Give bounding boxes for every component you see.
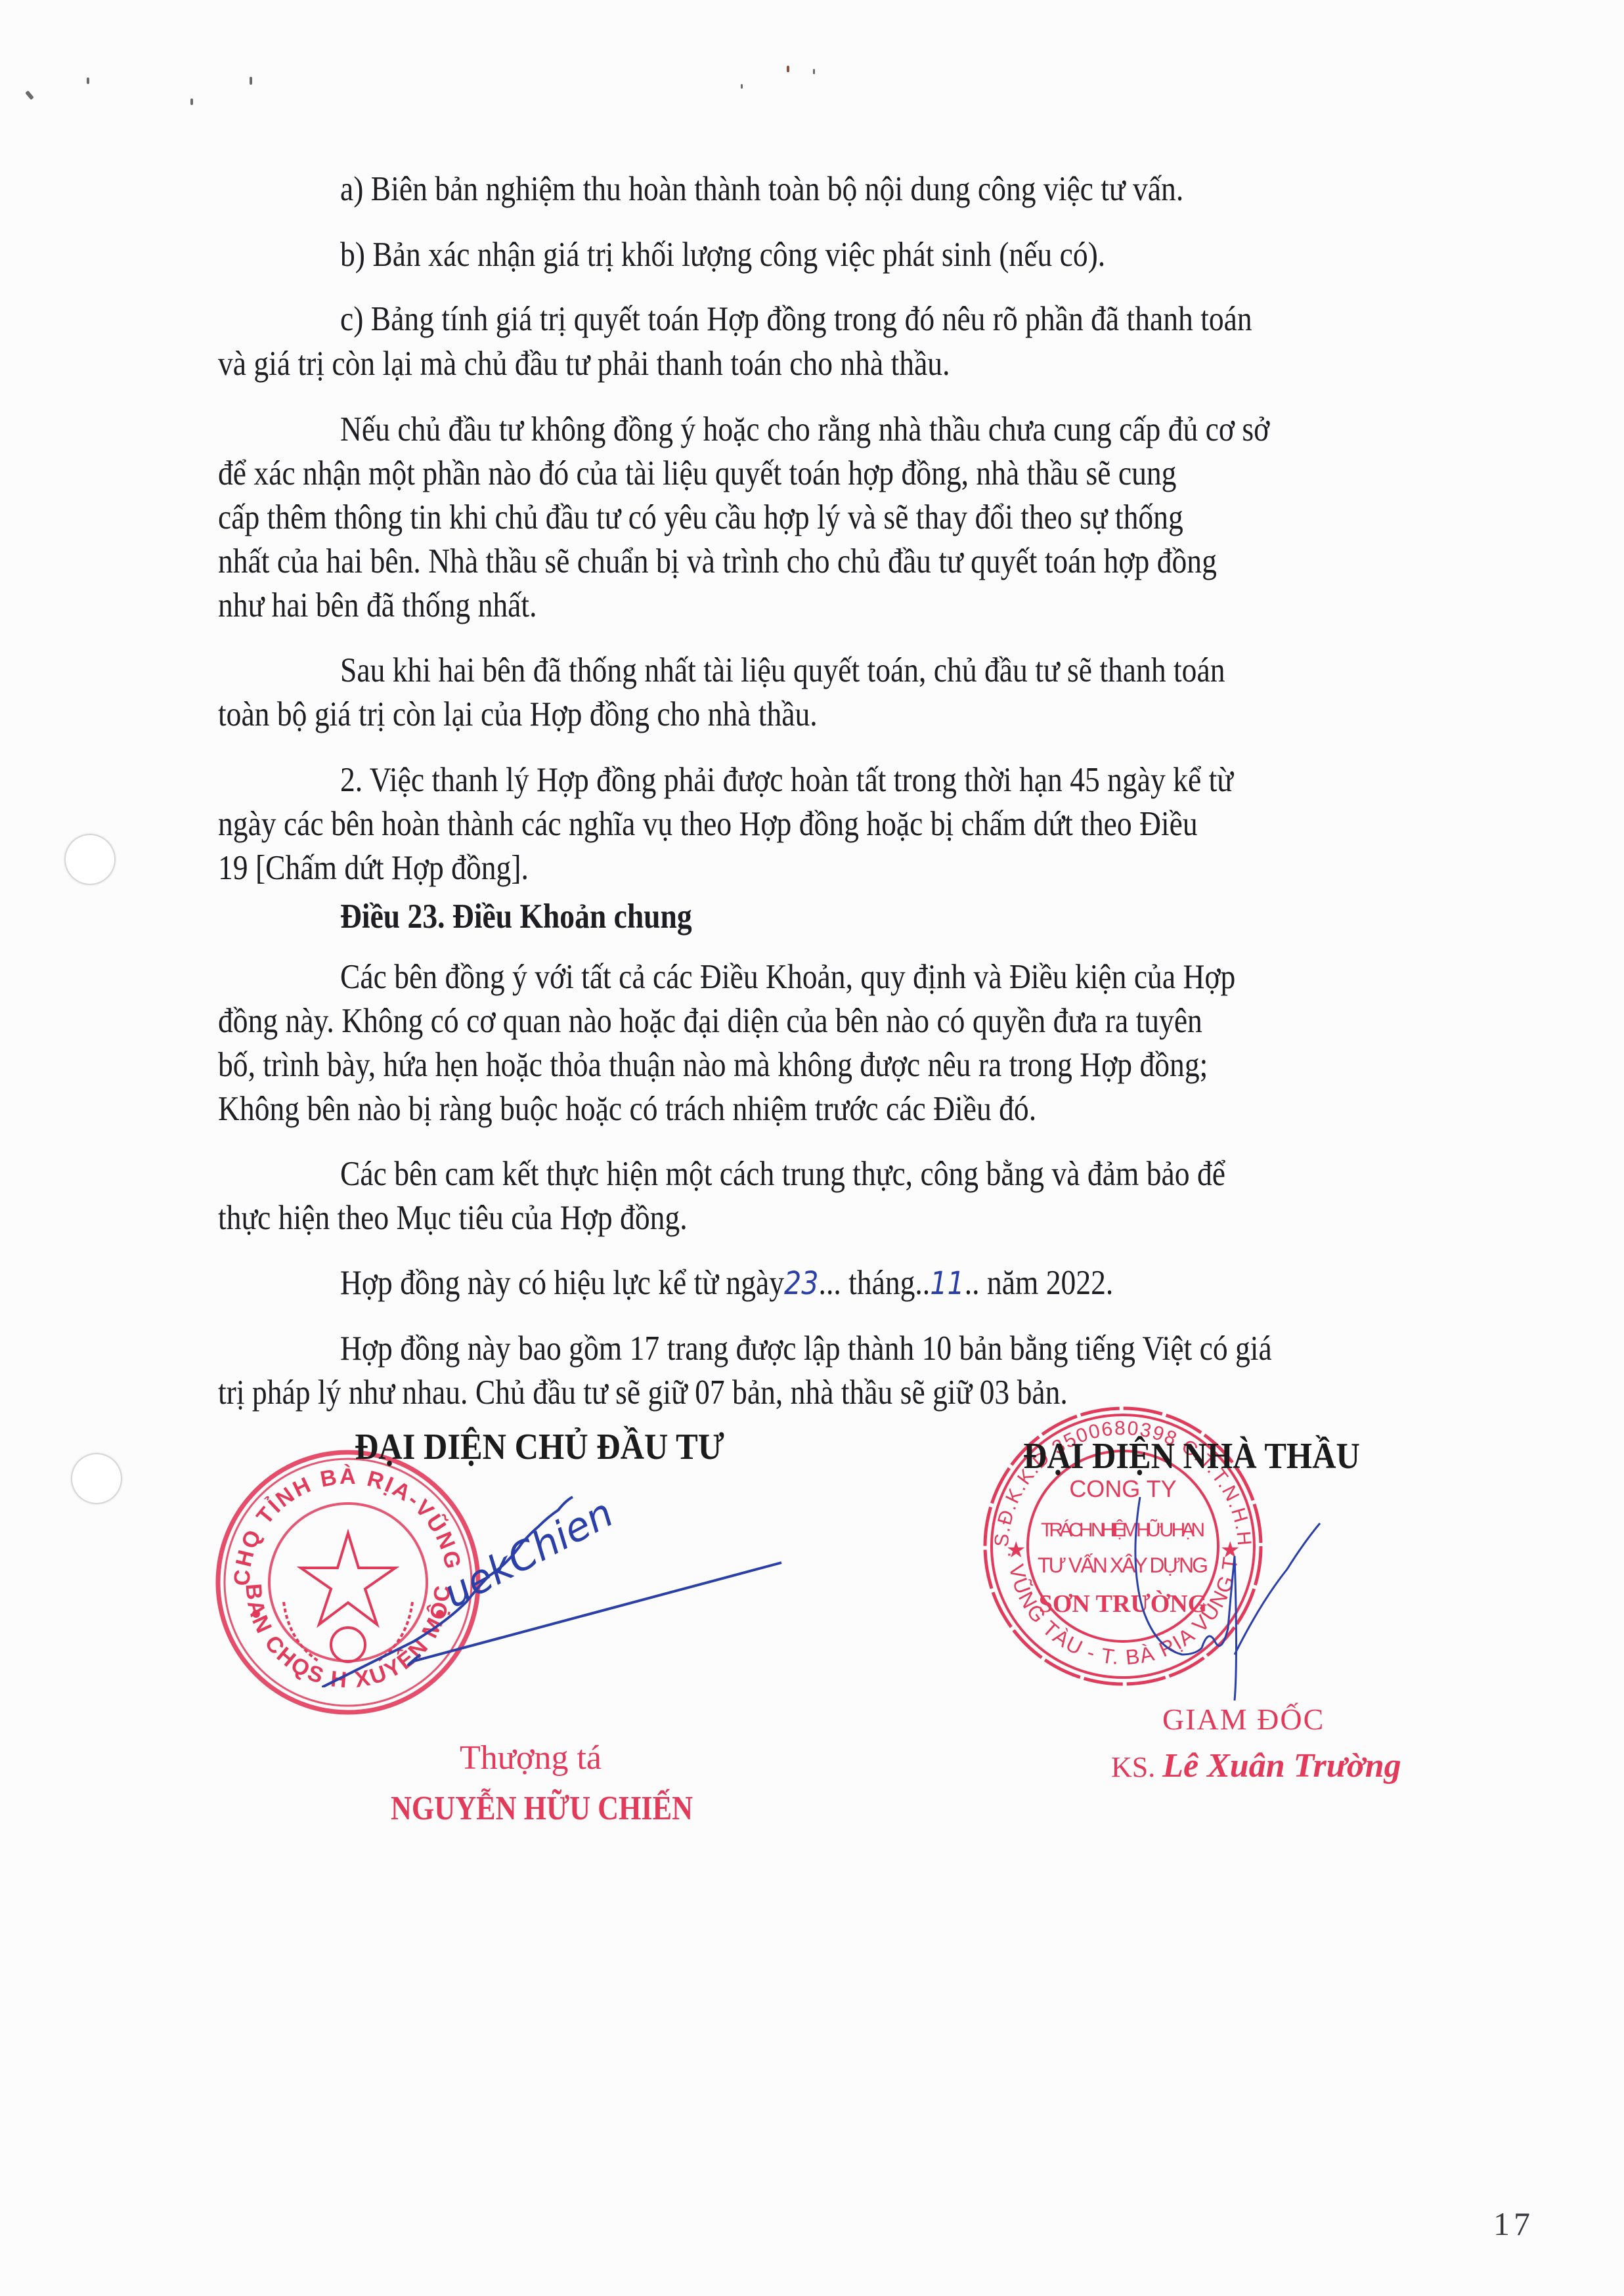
svg-text:TƯ VẤN XÂY DỰNG: TƯ VẤN XÂY DỰNG: [1038, 1553, 1208, 1577]
investor-heading: ĐẠI DIỆN CHỦ ĐẦU TƯ: [355, 1426, 724, 1468]
document-page: a) Biên bản nghiệm thu hoàn thành toàn b…: [0, 0, 1624, 2296]
dots: ..: [965, 1264, 980, 1302]
paragraph-line: toàn bộ giá trị còn lại của Hợp đồng cho…: [218, 697, 818, 732]
scan-speck: [250, 77, 252, 85]
investor-stamp: BỘ CHQ TỈNH BÀ RỊA-VŨNG TÀU BAN CHQS H X…: [210, 1444, 486, 1720]
contractor-name-prefix: KS.: [1111, 1751, 1155, 1783]
article-heading: Điều 23. Điều Khoản chung: [340, 899, 692, 934]
paragraph-line: và giá trị còn lại mà chủ đầu tư phải th…: [218, 347, 950, 381]
paragraph-line: đồng này. Không có cơ quan nào hoặc đại …: [218, 1004, 1202, 1039]
month-label: tháng: [841, 1264, 915, 1302]
dots: ..: [915, 1264, 930, 1302]
paragraph-line: 2. Việc thanh lý Hợp đồng phải được hoàn…: [340, 763, 1233, 798]
dots: ...: [819, 1264, 841, 1302]
paragraph-line: như hai bên đã thống nhất.: [218, 588, 537, 623]
investor-name: NGUYỄN HỮU CHIẾN: [391, 1789, 693, 1828]
paragraph-line: để xác nhận một phần nào đó của tài liệu…: [218, 456, 1176, 491]
svg-text:CONG TY: CONG TY: [1069, 1475, 1176, 1502]
scan-speck: [813, 69, 815, 74]
hole-punch: [71, 1453, 122, 1504]
paragraph-line: Sau khi hai bên đã thống nhất tài liệu q…: [340, 653, 1225, 688]
scan-speck: [190, 98, 193, 105]
paragraph-line: Không bên nào bị ràng buộc hoặc có trách…: [218, 1092, 1036, 1127]
paragraph-line: trị pháp lý như nhau. Chủ đầu tư sẽ giữ …: [218, 1375, 1068, 1410]
page-number: 17: [1493, 2205, 1534, 2243]
paragraph-line: Hợp đồng này bao gồm 17 trang được lập t…: [340, 1332, 1272, 1366]
paragraph-line: a) Biên bản nghiệm thu hoàn thành toàn b…: [340, 172, 1183, 207]
svg-text:TRÁCH NHIỆM HỮU HẠN: TRÁCH NHIỆM HỮU HẠN: [1041, 1519, 1205, 1541]
svg-text:★: ★: [1006, 1537, 1026, 1563]
scan-speck: [87, 77, 89, 84]
scan-speck: [787, 66, 789, 72]
paragraph-line: nhất của hai bên. Nhà thầu sẽ chuẩn bị v…: [218, 544, 1217, 579]
scan-speck: [25, 91, 34, 100]
svg-text:BAN CHQS H XUYÊN MỘC: BAN CHQS H XUYÊN MỘC: [240, 1583, 455, 1693]
effective-date-line: Hợp đồng này có hiệu lực kể từ ngày23...…: [340, 1266, 1113, 1301]
paragraph-line: cấp thêm thông tin khi chủ đầu tư có yêu…: [218, 500, 1183, 535]
paragraph-line: Các bên cam kết thực hiện một cách trung…: [340, 1157, 1225, 1192]
svg-text:★: ★: [1220, 1537, 1240, 1563]
paragraph-line: thực hiện theo Mục tiêu của Hợp đồng.: [218, 1201, 688, 1236]
effective-date-prefix: Hợp đồng này có hiệu lực kể từ ngày: [340, 1264, 784, 1302]
paragraph-line: 19 [Chấm dứt Hợp đồng].: [218, 851, 529, 886]
hole-punch: [64, 834, 116, 885]
paragraph-line: Các bên đồng ý với tất cả các Điều Khoản…: [340, 960, 1235, 995]
svg-text:SƠN TRƯỜNG: SƠN TRƯỜNG: [1039, 1590, 1208, 1618]
contractor-name-line: KS. Lê Xuân Trường: [1111, 1746, 1401, 1785]
investor-rank: Thượng tá: [460, 1739, 602, 1777]
paragraph-line: ngày các bên hoàn thành các nghĩa vụ the…: [218, 807, 1198, 842]
contractor-name: Lê Xuân Trường: [1162, 1747, 1401, 1785]
paragraph-line: b) Bản xác nhận giá trị khối lượng công …: [340, 238, 1105, 272]
paragraph-line: c) Bảng tính giá trị quyết toán Hợp đồng…: [340, 302, 1252, 337]
scan-speck: [741, 84, 743, 89]
year: năm 2022.: [980, 1264, 1114, 1302]
handwritten-month: 11: [930, 1265, 965, 1302]
handwritten-day: 23: [784, 1265, 819, 1302]
contractor-heading: ĐẠI DIỆN NHÀ THẦU: [1023, 1435, 1360, 1477]
paragraph-line: bố, trình bày, hứa hẹn hoặc thỏa thuận n…: [218, 1048, 1208, 1083]
paragraph-line: Nếu chủ đầu tư không đồng ý hoặc cho rằn…: [340, 412, 1269, 447]
contractor-position: GIAM ĐỐC: [1162, 1702, 1325, 1737]
